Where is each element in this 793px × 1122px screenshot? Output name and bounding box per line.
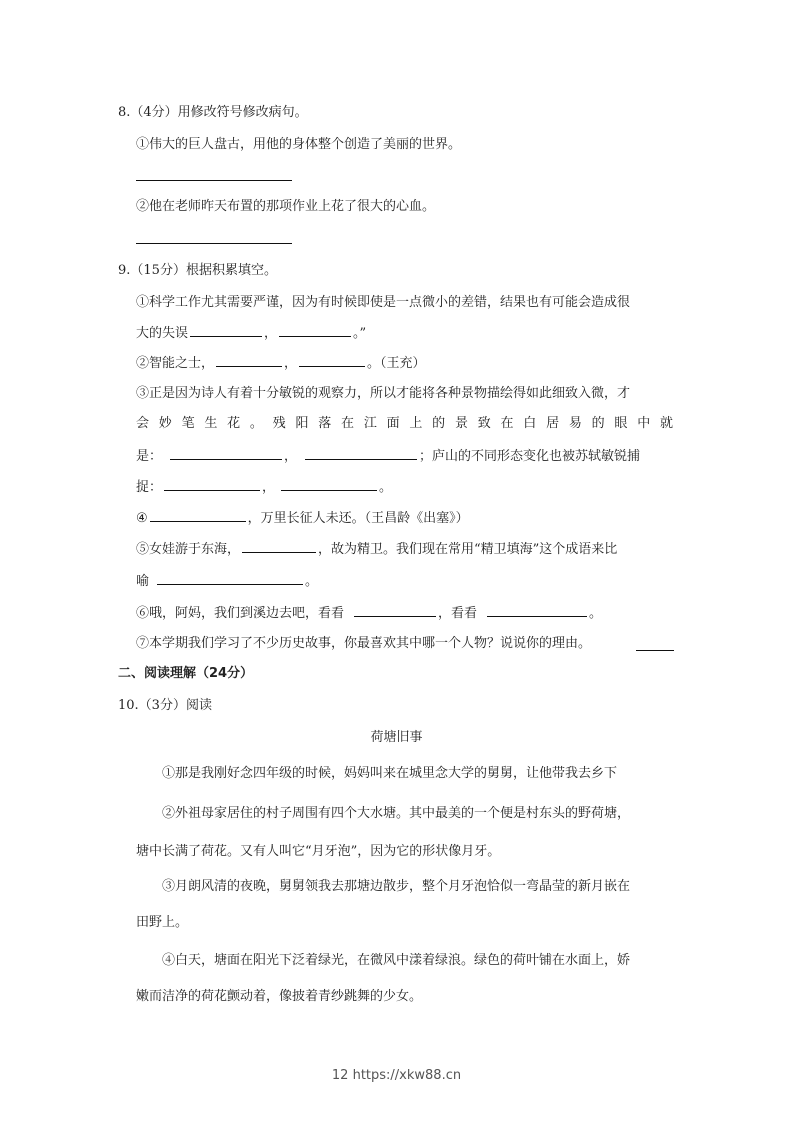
- q9-item7: ⑦本学期我们学习了不少历史故事，你最喜欢其中哪一个人物？说说你的理由。: [136, 635, 793, 653]
- q10-header: 10.（3分）阅读: [118, 697, 793, 715]
- q9-item2-end: 。（王充）: [367, 356, 426, 371]
- char: 面: [387, 415, 400, 433]
- passage-p3-line1: ③月朗风清的夜晚，舅舅领我去那塘边散步，整个月牙泡恰似一弯晶莹的新月嵌在: [162, 878, 793, 896]
- char: 上: [409, 415, 422, 433]
- q9-item4-prefix: ④: [136, 511, 148, 526]
- q9-item3-line4-end: 。: [379, 480, 392, 495]
- q9-item2-blank-2[interactable]: [299, 354, 365, 367]
- q9-item5-line2-prefix: 喻: [136, 574, 149, 589]
- q9-item6-blank-2[interactable]: [487, 604, 587, 617]
- q8-answer-line-1[interactable]: [136, 180, 292, 181]
- char: 妙: [159, 415, 172, 433]
- q9-item7-answer-line[interactable]: [636, 650, 674, 651]
- q9-item5-blank-1[interactable]: [242, 540, 316, 553]
- q9-item3-blank-3[interactable]: [164, 478, 260, 491]
- q8-sentence-2: ②他在老师昨天布置的那项作业上花了很大的心血。: [136, 198, 793, 216]
- char: 生: [204, 415, 217, 433]
- q9-item6: ⑥哦，阿妈，我们到溪边去吧，看看，看看。: [136, 604, 793, 623]
- passage-p4-line1: ④白天，塘面在阳光下泛着绿光，在微风中漾着绿浪。绿色的荷叶铺在水面上，娇: [162, 952, 793, 970]
- q9-item3-line1: ③正是因为诗人有着十分敏锐的观察力，所以才能将各种景物描绘得如此细致入微，才: [136, 385, 793, 403]
- q8-sentence-1: ①伟大的巨人盘古，用他的身体整个创造了美丽的世界。: [136, 136, 793, 154]
- q9-item3-line4: 捉：，。: [136, 478, 793, 497]
- q9-item5-line2: 喻。: [136, 572, 793, 591]
- char: 花: [227, 415, 240, 433]
- q9-item3-line2: 会妙笔生花。残阳落在江面上的景致在白居易的眼中就: [136, 415, 673, 433]
- q9-item3-blank-4[interactable]: [281, 478, 377, 491]
- q9-item1-line2: 大的失误，。”: [136, 324, 793, 343]
- q9-item1-prefix: 大的失误: [136, 326, 188, 341]
- q9-item3-line3: 是：，；庐山的不同形态变化也被苏轼敏锐捕: [136, 447, 793, 466]
- q9-item3-sep: ，: [284, 449, 297, 464]
- section2-header: 二、阅读理解（24分）: [118, 665, 793, 683]
- char: 就: [660, 415, 673, 433]
- q9-item3-line4-prefix: 捉：: [136, 480, 162, 495]
- q8-answer-line-2[interactable]: [136, 243, 292, 244]
- passage-p1: ①那是我刚好念四年级的时候，妈妈叫来在城里念大学的舅舅，让他带我去乡下: [162, 765, 793, 783]
- char: 的: [432, 415, 445, 433]
- q9-item2-blank-1[interactable]: [216, 354, 282, 367]
- q9-item6-mid: ，看看: [438, 606, 477, 621]
- q9-item5-suffix: ，故为精卫。我们现在常用“精卫填海”这个成语来比: [318, 542, 617, 557]
- q9-item2-sep: ，: [284, 356, 297, 371]
- char: 在: [341, 415, 354, 433]
- passage-p2-line1: ②外祖母家居住的村子周围有四个大水塘。其中最美的一个便是村东头的野荷塘，: [162, 805, 793, 823]
- char: 笔: [182, 415, 195, 433]
- passage-p3-line2: 田野上。: [136, 914, 793, 932]
- q9-item5-line1: ⑤女娃游于东海，，故为精卫。我们现在常用“精卫填海”这个成语来比: [136, 540, 793, 559]
- char: 的: [592, 415, 605, 433]
- char: 。: [250, 415, 263, 433]
- passage-p2-line2: 塘中长满了荷花。又有人叫它“月牙泡”，因为它的形状像月牙。: [136, 843, 793, 861]
- q9-item5-line2-end: 。: [305, 574, 318, 589]
- char: 落: [318, 415, 331, 433]
- q9-item5-prefix: ⑤女娃游于东海，: [136, 542, 240, 557]
- q9-header: 9.（15分）根据积累填空。: [118, 262, 793, 280]
- q9-item3-blank-2[interactable]: [305, 447, 417, 460]
- q9-item4: ④，万里长征人未还。（王昌龄《出塞》）: [136, 509, 793, 528]
- q9-item1-blank-2[interactable]: [279, 324, 351, 337]
- q9-item3-blank-1[interactable]: [170, 447, 282, 460]
- q9-item4-blank[interactable]: [150, 509, 246, 522]
- char: 白: [523, 415, 536, 433]
- char: 景: [455, 415, 468, 433]
- char: 江: [364, 415, 377, 433]
- char: 残: [273, 415, 286, 433]
- q9-item6-end: 。: [589, 606, 602, 621]
- passage-title: 荷塘旧事: [0, 729, 793, 747]
- q9-item2-prefix: ②智能之士，: [136, 356, 214, 371]
- char: 眼: [614, 415, 627, 433]
- passage-p4-line2: 嫩而洁净的荷花颤动着，像披着青纱跳舞的少女。: [136, 988, 793, 1006]
- char: 中: [637, 415, 650, 433]
- char: 居: [546, 415, 559, 433]
- page-footer: 12 https://xkw88.cn: [0, 1068, 793, 1083]
- q8-header: 8.（4分）用修改符号修改病句。: [118, 104, 793, 122]
- q9-item1-end: 。”: [353, 326, 366, 341]
- char: 阳: [295, 415, 308, 433]
- char: 会: [136, 415, 149, 433]
- q9-item6-blank-1[interactable]: [354, 604, 436, 617]
- q9-item3-suffix: ；庐山的不同形态变化也被苏轼敏锐捕: [419, 449, 640, 464]
- char: 致: [478, 415, 491, 433]
- q9-item1-sep: ，: [264, 326, 277, 341]
- q9-item3-line4-sep: ，: [262, 480, 275, 495]
- char: 在: [501, 415, 514, 433]
- q9-item1-blank-1[interactable]: [190, 324, 262, 337]
- q9-item2: ②智能之士，，。（王充）: [136, 354, 793, 373]
- char: 易: [569, 415, 582, 433]
- q9-item6-prefix: ⑥哦，阿妈，我们到溪边去吧，看看: [136, 606, 344, 621]
- q9-item5-blank-2[interactable]: [157, 572, 303, 585]
- q9-item1-line1: ①科学工作尤其需要严谨，因为有时候即使是一点微小的差错，结果也有可能会造成很: [136, 294, 793, 312]
- q9-item4-suffix: ，万里长征人未还。（王昌龄《出塞》）: [248, 511, 469, 526]
- q9-item3-prefix: 是：: [136, 449, 162, 464]
